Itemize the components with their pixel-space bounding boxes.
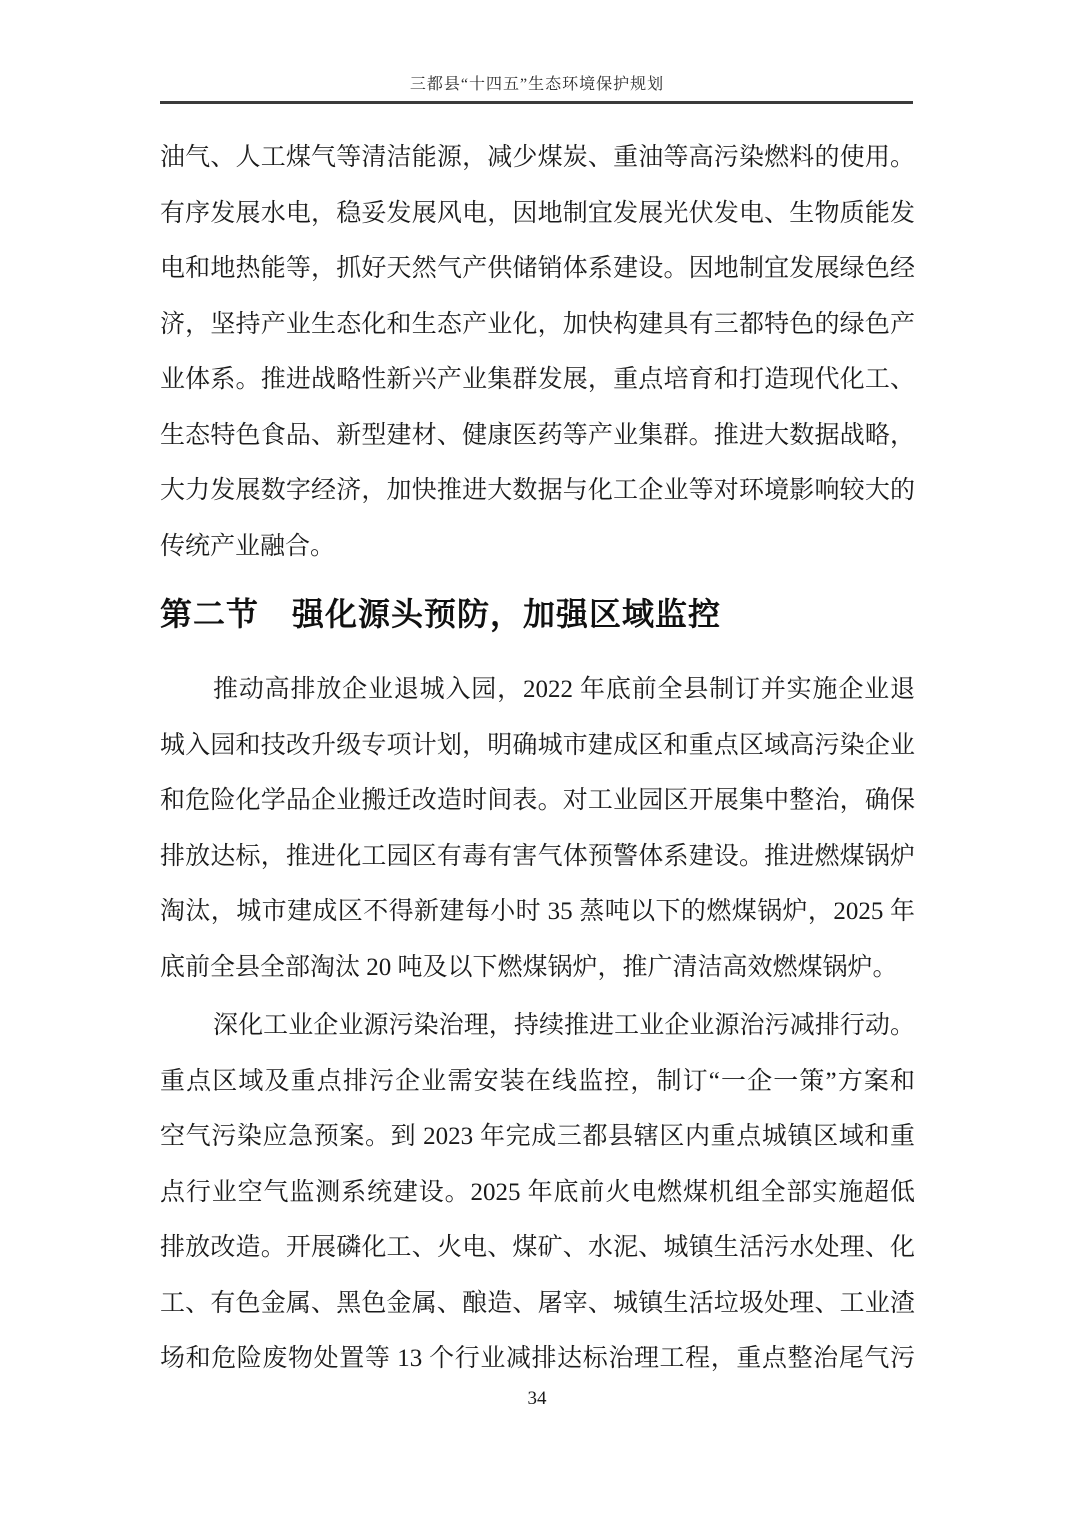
text-line: 生态特色食品、新型建材、健康医药等产业集群。推进大数据战略， — [160, 408, 915, 464]
text-line: 空气污染应急预案。到 2023 年完成三都县辖区内重点城镇区域和重 — [160, 1109, 915, 1165]
page-footer: 34 — [0, 1388, 1074, 1410]
text-line: 有序发展水电，稳妥发展风电，因地制宜发展光伏发电、生物质能发 — [160, 186, 915, 242]
text-line: 传统产业融合。 — [160, 519, 915, 575]
text-line: 排放达标，推进化工园区有毒有害气体预警体系建设。推进燃煤锅炉 — [160, 829, 915, 885]
text-line: 油气、人工煤气等清洁能源，减少煤炭、重油等高污染燃料的使用。 — [160, 130, 915, 186]
text-line: 电和地热能等，抓好天然气产供储销体系建设。因地制宜发展绿色经 — [160, 241, 915, 297]
section-heading: 第二节 强化源头预防，加强区域监控 — [160, 592, 915, 636]
paragraph-enterprise-relocation: 推动高排放企业退城入园，2022 年底前全县制订并实施企业退城入园和技改升级专项… — [160, 662, 915, 995]
page-body: 油气、人工煤气等清洁能源，减少煤炭、重油等高污染燃料的使用。有序发展水电，稳妥发… — [160, 130, 915, 1387]
text-line: 排放改造。开展磷化工、火电、煤矿、水泥、城镇生活污水处理、化 — [160, 1220, 915, 1276]
paragraph-industrial-pollution-control: 深化工业企业源污染治理，持续推进工业企业源治污减排行动。重点区域及重点排污企业需… — [160, 998, 915, 1387]
text-line: 大力发展数字经济，加快推进大数据与化工企业等对环境影响较大的 — [160, 463, 915, 519]
text-line: 推动高排放企业退城入园，2022 年底前全县制订并实施企业退 — [160, 662, 915, 718]
paragraph-continuation: 油气、人工煤气等清洁能源，减少煤炭、重油等高污染燃料的使用。有序发展水电，稳妥发… — [160, 130, 915, 574]
text-line: 重点区域及重点排污企业需安装在线监控，制订“一企一策”方案和 — [160, 1054, 915, 1110]
text-line: 淘汰，城市建成区不得新建每小时 35 蒸吨以下的燃煤锅炉，2025 年 — [160, 884, 915, 940]
page-number: 34 — [528, 1388, 547, 1409]
text-line: 场和危险废物处置等 13 个行业减排达标治理工程，重点整治尾气污 — [160, 1331, 915, 1387]
text-line: 城入园和技改升级专项计划，明确城市建成区和重点区域高污染企业 — [160, 718, 915, 774]
document-page: 三都县“十四五”生态环境保护规划 油气、人工煤气等清洁能源，减少煤炭、重油等高污… — [0, 0, 1074, 1520]
text-line: 工、有色金属、黑色金属、酿造、屠宰、城镇生活垃圾处理、工业渣 — [160, 1276, 915, 1332]
running-header-title: 三都县“十四五”生态环境保护规划 — [0, 74, 1074, 96]
text-line: 点行业空气监测系统建设。2025 年底前火电燃煤机组全部实施超低 — [160, 1165, 915, 1221]
text-line: 底前全县全部淘汰 20 吨及以下燃煤锅炉，推广清洁高效燃煤锅炉。 — [160, 940, 915, 996]
text-line: 业体系。推进战略性新兴产业集群发展，重点培育和打造现代化工、 — [160, 352, 915, 408]
header-rule — [160, 101, 913, 104]
text-line: 济，坚持产业生态化和生态产业化，加快构建具有三都特色的绿色产 — [160, 297, 915, 353]
text-line: 和危险化学品企业搬迁改造时间表。对工业园区开展集中整治，确保 — [160, 773, 915, 829]
text-line: 深化工业企业源污染治理，持续推进工业企业源治污减排行动。 — [160, 998, 915, 1054]
